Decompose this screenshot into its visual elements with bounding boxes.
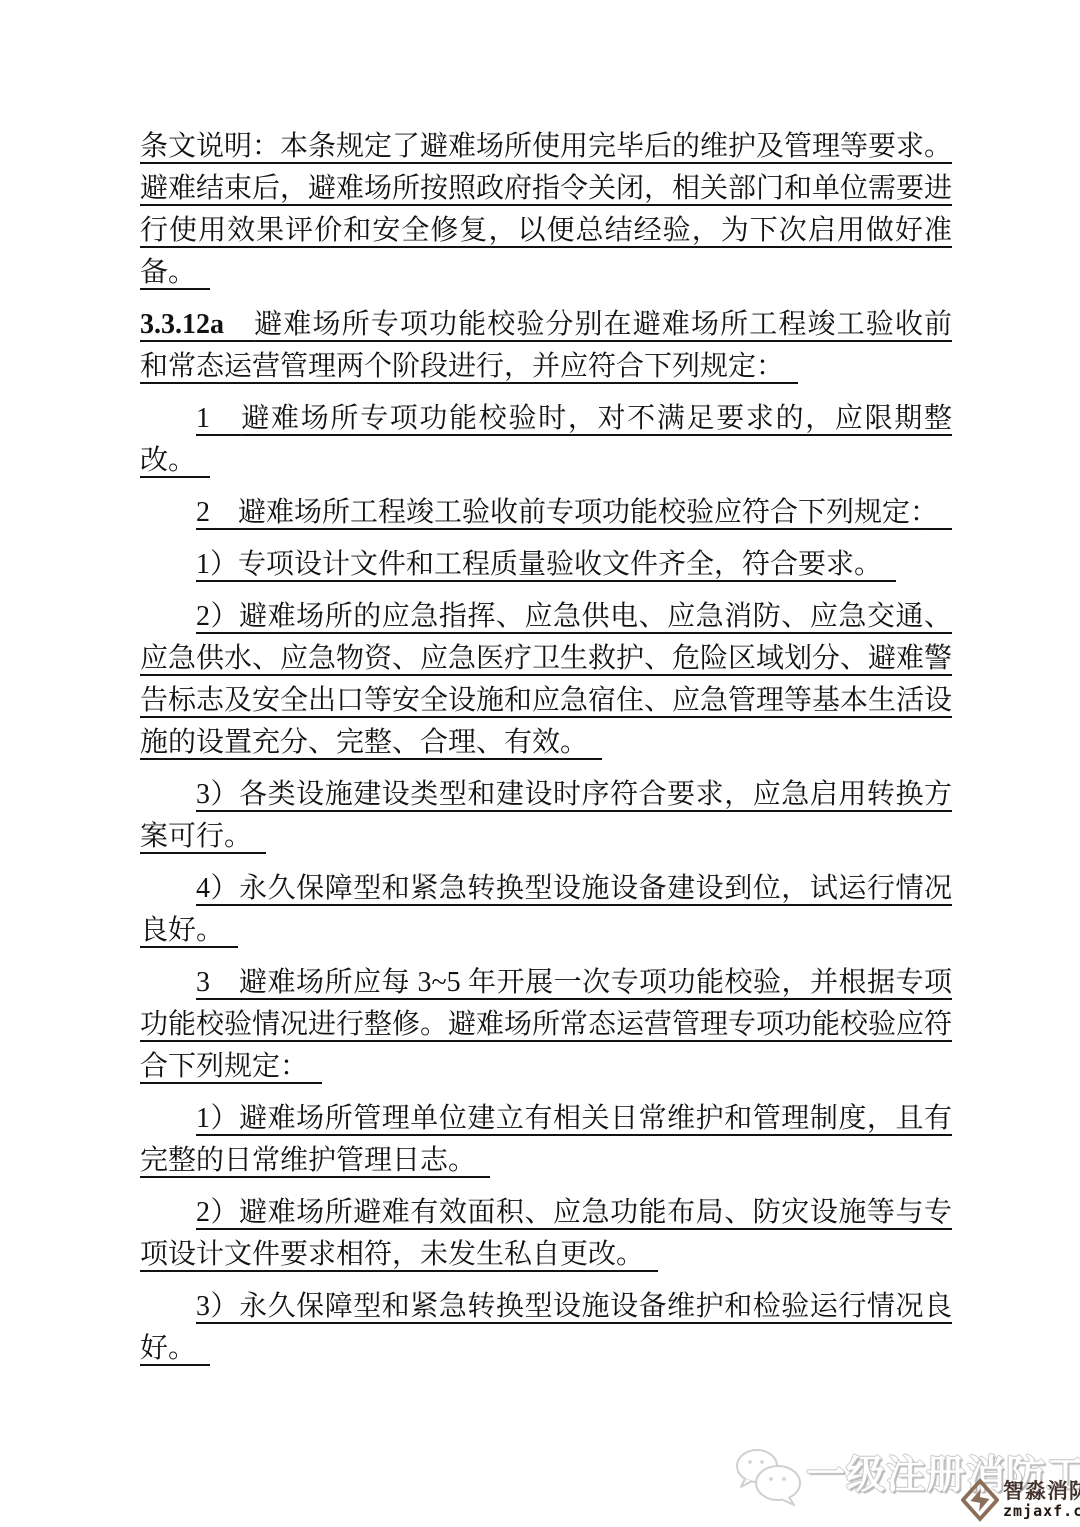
brand-text: 智淼消防 zmjaxf.com (1003, 1481, 1080, 1519)
paragraph-subitem-2-3: 3）各类设施建设类型和建设时序符合要求，应急启用转换方案可行。 (140, 774, 952, 858)
section-number: 3.3.12a (140, 309, 254, 340)
brand-name: 智淼消防 (1003, 1481, 1080, 1502)
paragraph-text: 1）专项设计文件和工程质量验收文件齐全，符合要求。 (196, 549, 896, 580)
paragraph-subitem-2-4: 4）永久保障型和紧急转换型设施设备建设到位，试运行情况良好。 (140, 868, 952, 952)
paragraph-subitem-2-2: 2）避难场所的应急指挥、应急供电、应急消防、应急交通、应急供水、应急物资、应急医… (140, 596, 952, 764)
watermark-footer: 一级注册消防工程师 智淼消防 zmjaxf.com (0, 1438, 1080, 1527)
paragraph-text: 避难场所专项功能校验分别在避难场所工程竣工验收前和常态运营管理两个阶段进行，并应… (140, 309, 952, 382)
paragraph-subitem-3-2: 2）避难场所避难有效面积、应急功能布局、防灾设施等与专项设计文件要求相符，未发生… (140, 1192, 952, 1276)
paragraph-text: 避难场所应每 3~5 年开展一次专项功能校验，并根据专项功能校验情况进行整修。避… (140, 967, 952, 1082)
item-number: 2 (196, 497, 238, 528)
document-content: 条文说明：本条规定了避难场所使用完毕后的维护及管理等要求。避难结束后，避难场所按… (140, 126, 952, 1380)
paragraph-commentary: 条文说明：本条规定了避难场所使用完毕后的维护及管理等要求。避难结束后，避难场所按… (140, 126, 952, 294)
paragraph-item-2: 2 避难场所工程竣工验收前专项功能校验应符合下列规定： (140, 492, 952, 534)
item-number: 3 (196, 967, 239, 998)
paragraph-text: 1）避难场所管理单位建立有相关日常维护和管理制度，且有完整的日常维护管理日志。 (140, 1103, 952, 1176)
paragraph-text: 4）永久保障型和紧急转换型设施设备建设到位，试运行情况良好。 (140, 873, 952, 946)
paragraph-item-3: 3 避难场所应每 3~5 年开展一次专项功能校验，并根据专项功能校验情况进行整修… (140, 962, 952, 1088)
paragraph-text: 2）避难场所避难有效面积、应急功能布局、防灾设施等与专项设计文件要求相符，未发生… (140, 1197, 952, 1270)
paragraph-subitem-2-1: 1）专项设计文件和工程质量验收文件齐全，符合要求。 (140, 544, 952, 586)
paragraph-text: 3）永久保障型和紧急转换型设施设备维护和检验运行情况良好。 (140, 1291, 952, 1364)
paragraph-subitem-3-1: 1）避难场所管理单位建立有相关日常维护和管理制度，且有完整的日常维护管理日志。 (140, 1098, 952, 1182)
item-number: 1 (196, 403, 241, 434)
paragraph-text: 2）避难场所的应急指挥、应急供电、应急消防、应急交通、应急供水、应急物资、应急医… (140, 601, 952, 758)
paragraph-text: 避难场所工程竣工验收前专项功能校验应符合下列规定： (238, 497, 952, 528)
wechat-icon (733, 1446, 805, 1508)
paragraph-section-3312a: 3.3.12a 避难场所专项功能校验分别在避难场所工程竣工验收前和常态运营管理两… (140, 304, 952, 388)
brand-logo: 智淼消防 zmjaxf.com (961, 1478, 1080, 1522)
paragraph-text: 3）各类设施建设类型和建设时序符合要求，应急启用转换方案可行。 (140, 779, 952, 852)
paragraph-item-1: 1 避难场所专项功能校验时，对不满足要求的，应限期整改。 (140, 398, 952, 482)
document-page: 条文说明：本条规定了避难场所使用完毕后的维护及管理等要求。避难结束后，避难场所按… (0, 0, 1080, 1527)
zhimiao-logo-icon (961, 1478, 999, 1522)
paragraph-subitem-3-3: 3）永久保障型和紧急转换型设施设备维护和检验运行情况良好。 (140, 1286, 952, 1370)
paragraph-text: 条文说明：本条规定了避难场所使用完毕后的维护及管理等要求。避难结束后，避难场所按… (140, 131, 952, 288)
brand-site-url: zmjaxf.com (1003, 1504, 1080, 1519)
paragraph-text: 避难场所专项功能校验时，对不满足要求的，应限期整改。 (140, 403, 952, 476)
